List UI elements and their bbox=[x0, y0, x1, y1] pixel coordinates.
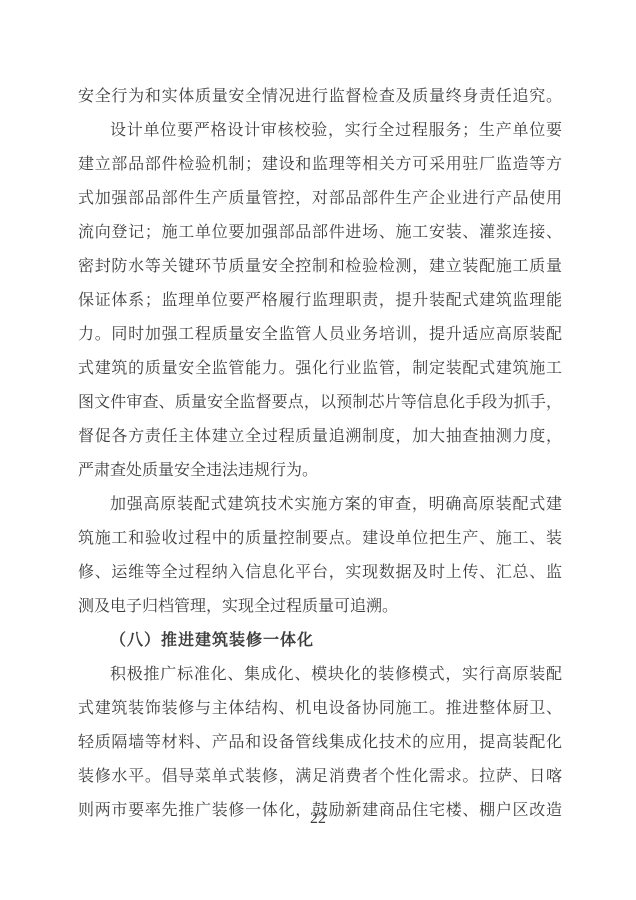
page-number: 22 bbox=[0, 806, 636, 832]
document-body: 安全行为和实体质量安全情况进行监督检查及质量终身责任追究。设计单位要严格设计审核… bbox=[78, 80, 562, 828]
text-line: 轻质隔墙等材料、产品和设备管线集成化技术的应用，提高装配化 bbox=[78, 726, 562, 760]
text-line: 设计单位要严格设计审核校验，实行全过程服务；生产单位要 bbox=[78, 114, 562, 148]
text-line: 严肃查处质量安全违法违规行为。 bbox=[78, 454, 562, 488]
text-line: 流向登记；施工单位要加强部品部件进场、施工安装、灌浆连接、 bbox=[78, 216, 562, 250]
text-line: 筑施工和验收过程中的质量控制要点。建设单位把生产、施工、装 bbox=[78, 522, 562, 556]
text-line: 图文件审查、质量安全监督要点，以预制芯片等信息化手段为抓手， bbox=[78, 386, 562, 420]
text-line: 督促各方责任主体建立全过程质量追溯制度，加大抽查抽测力度， bbox=[78, 420, 562, 454]
text-line: 装修水平。倡导菜单式装修，满足消费者个性化需求。拉萨、日喀 bbox=[78, 760, 562, 794]
text-line: 修、运维等全过程纳入信息化平台，实现数据及时上传、汇总、监 bbox=[78, 556, 562, 590]
text-line: 保证体系；监理单位要严格履行监理职责，提升装配式建筑监理能 bbox=[78, 284, 562, 318]
text-line: 力。同时加强工程质量安全监管人员业务培训，提升适应高原装配 bbox=[78, 318, 562, 352]
text-line: 式加强部品部件生产质量管控，对部品部件生产企业进行产品使用 bbox=[78, 182, 562, 216]
section-heading: （八）推进建筑装修一体化 bbox=[78, 624, 562, 658]
text-line: 建立部品部件检验机制；建设和监理等相关方可采用驻厂监造等方 bbox=[78, 148, 562, 182]
text-line: 加强高原装配式建筑技术实施方案的审查，明确高原装配式建 bbox=[78, 488, 562, 522]
text-line: 式建筑装饰装修与主体结构、机电设备协同施工。推进整体厨卫、 bbox=[78, 692, 562, 726]
text-line: 密封防水等关键环节质量安全控制和检验检测，建立装配施工质量 bbox=[78, 250, 562, 284]
text-line: 式建筑的质量安全监管能力。强化行业监管，制定装配式建筑施工 bbox=[78, 352, 562, 386]
text-line: 测及电子归档管理，实现全过程质量可追溯。 bbox=[78, 590, 562, 624]
document-page: 安全行为和实体质量安全情况进行监督检查及质量终身责任追究。设计单位要严格设计审核… bbox=[0, 0, 636, 900]
text-line: 积极推广标准化、集成化、模块化的装修模式，实行高原装配 bbox=[78, 658, 562, 692]
text-line: 安全行为和实体质量安全情况进行监督检查及质量终身责任追究。 bbox=[78, 80, 562, 114]
